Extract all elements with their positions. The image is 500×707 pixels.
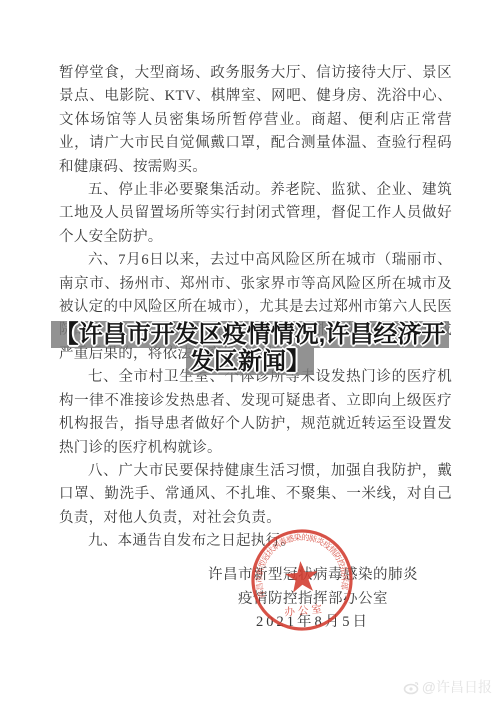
headline-line-1: 【许昌市开发区疫情情况,许昌经济开	[0, 321, 500, 348]
seal-center-label: 办公室	[284, 602, 325, 618]
headline-line-2: 发区新闻】	[0, 348, 500, 375]
headline-overlay: 【许昌市开发区疫情情况,许昌经济开 发区新闻】	[0, 321, 500, 375]
watermark-text: @许昌日报	[422, 677, 492, 697]
notice-paragraph: 五、停止非必要聚集活动。养老院、监狱、企业、建筑工地及人员留置场所等实行封闭式管…	[59, 179, 452, 249]
weibo-watermark: @许昌日报	[402, 677, 492, 697]
notice-paragraph: 八、广大市民要保持健康生活习惯，加强自我防护，戴口罩、勤洗手、常通风、不扎堆、不…	[59, 460, 452, 530]
official-seal: 许昌市新型冠状病毒感染的肺炎疫情防控指挥部 办公室	[248, 526, 356, 634]
star-icon	[284, 560, 319, 594]
weibo-icon	[402, 680, 419, 695]
notice-body-text: 暂停堂食，大型商场、政务服务大厅、信访接待大厅、景区景点、电影院、KTV、棋牌室…	[59, 62, 452, 554]
notice-paragraph: 暂停堂食，大型商场、政务服务大厅、信访接待大厅、景区景点、电影院、KTV、棋牌室…	[59, 62, 452, 179]
notice-document-page: 暂停堂食，大型商场、政务服务大厅、信访接待大厅、景区景点、电影院、KTV、棋牌室…	[0, 0, 500, 707]
headline-text-2: 发区新闻】	[186, 348, 314, 375]
headline-text-1: 【许昌市开发区疫情情况,许昌经济开	[51, 321, 450, 348]
notice-paragraph: 七、全市村卫生室、个体诊所等未设发热门诊的医疗机构一律不准接诊发热患者、发现可疑…	[59, 366, 452, 460]
